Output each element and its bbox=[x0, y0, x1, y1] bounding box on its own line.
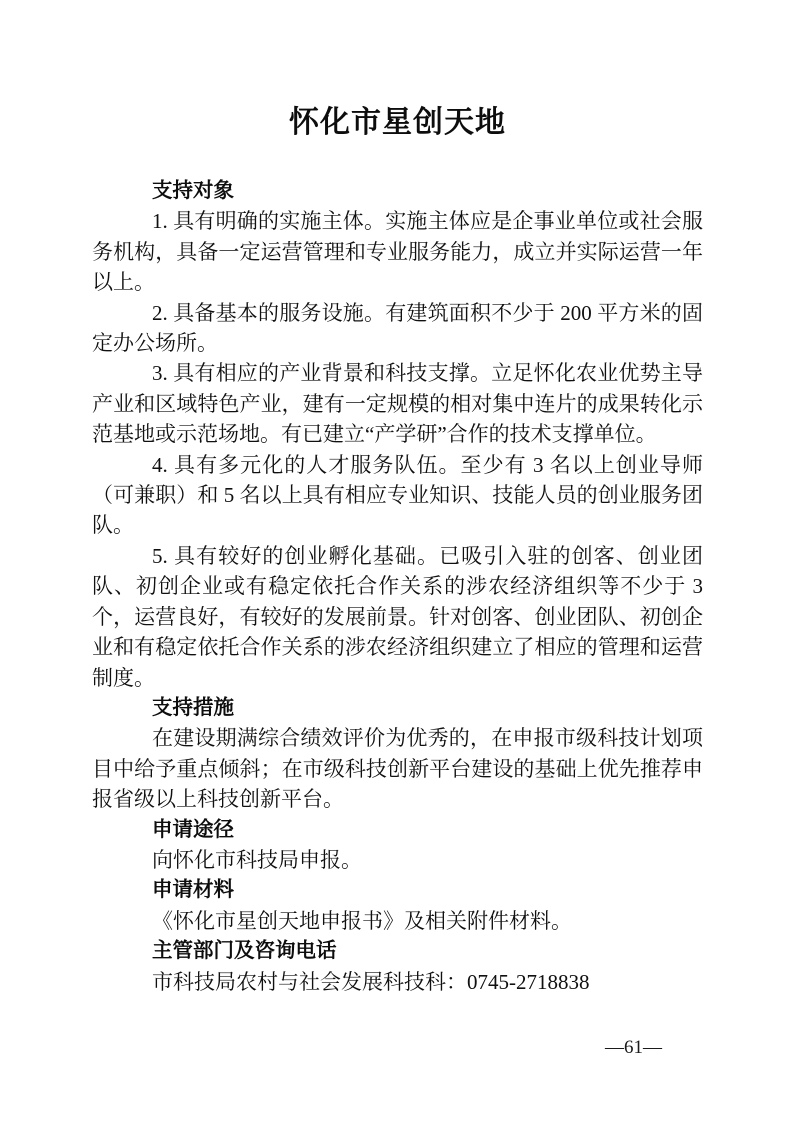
paragraph: 市科技局农村与社会发展科技科：0745-2718838 bbox=[92, 967, 703, 997]
paragraph: 5. 具有较好的创业孵化基础。已吸引入驻的创客、创业团队、初创企业或有稳定依托合… bbox=[92, 541, 703, 693]
paragraph: 向怀化市科技局申报。 bbox=[92, 845, 703, 875]
paragraph: 1. 具有明确的实施主体。实施主体应是企事业单位或社会服务机构，具备一定运营管理… bbox=[92, 206, 703, 297]
section-heading: 主管部门及咨询电话 bbox=[92, 936, 703, 966]
section-heading: 申请途径 bbox=[92, 815, 703, 845]
paragraph: 在建设期满综合绩效评价为优秀的，在申报市级科技计划项目中给予重点倾斜；在市级科技… bbox=[92, 723, 703, 814]
section-heading: 申请材料 bbox=[92, 875, 703, 905]
section-application-materials: 申请材料 《怀化市星创天地申报书》及相关附件材料。 bbox=[92, 875, 703, 936]
paragraph: 2. 具备基本的服务设施。有建筑面积不少于 200 平方米的固定办公场所。 bbox=[92, 298, 703, 359]
page-number: —61— bbox=[605, 1036, 662, 1060]
paragraph: 《怀化市星创天地申报书》及相关附件材料。 bbox=[92, 906, 703, 936]
document-page: 怀化市星创天地 支持对象 1. 具有明确的实施主体。实施主体应是企事业单位或社会… bbox=[0, 0, 793, 1122]
paragraph: 4. 具有多元化的人才服务队伍。至少有 3 名以上创业导师（可兼职）和 5 名以… bbox=[92, 450, 703, 541]
document-body: 支持对象 1. 具有明确的实施主体。实施主体应是企事业单位或社会服务机构，具备一… bbox=[92, 176, 703, 997]
section-support-targets: 支持对象 1. 具有明确的实施主体。实施主体应是企事业单位或社会服务机构，具备一… bbox=[92, 176, 703, 693]
section-contact-info: 主管部门及咨询电话 市科技局农村与社会发展科技科：0745-2718838 bbox=[92, 936, 703, 997]
document-content: 怀化市星创天地 支持对象 1. 具有明确的实施主体。实施主体应是企事业单位或社会… bbox=[92, 104, 703, 997]
page-title: 怀化市星创天地 bbox=[92, 104, 703, 142]
section-application-route: 申请途径 向怀化市科技局申报。 bbox=[92, 815, 703, 876]
section-support-measures: 支持措施 在建设期满综合绩效评价为优秀的，在申报市级科技计划项目中给予重点倾斜；… bbox=[92, 693, 703, 815]
paragraph: 3. 具有相应的产业背景和科技支撑。立足怀化农业优势主导产业和区域特色产业，建有… bbox=[92, 358, 703, 449]
section-heading: 支持对象 bbox=[92, 176, 703, 206]
section-heading: 支持措施 bbox=[92, 693, 703, 723]
